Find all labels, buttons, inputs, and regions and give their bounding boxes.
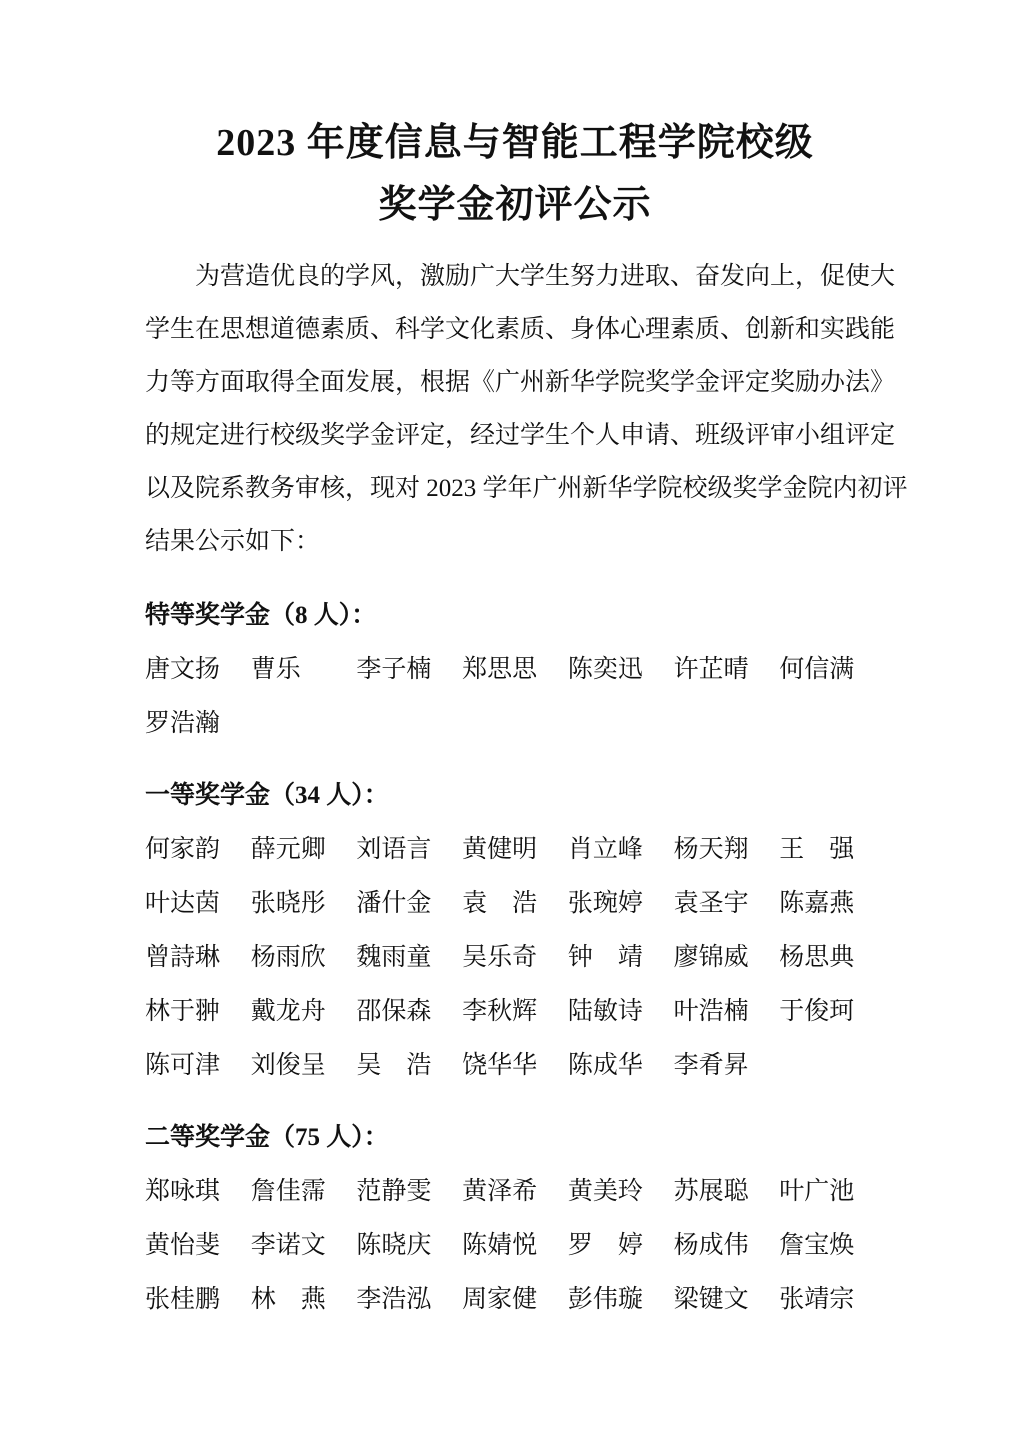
section-label: 一等奖学金 [145, 775, 270, 811]
person-name: 罗浩瀚 [145, 703, 251, 739]
name-grid-first: 何家韵薛元卿刘语言黄健明肖立峰杨天翔王 强叶达茵张晓彤潘什金袁 浩张琬婷袁圣宇陈… [145, 820, 885, 1090]
person-name: 杨雨欣 [251, 937, 357, 973]
person-name: 黄怡斐 [145, 1225, 251, 1261]
person-name: 林 燕 [251, 1279, 357, 1315]
person-name: 詹宝焕 [779, 1225, 885, 1261]
name-row: 张桂鹏林 燕李浩泓周家健彭伟璇梁键文张靖宗 [145, 1270, 885, 1324]
section-header-first: 一等奖学金 （34 人）： [145, 766, 885, 820]
person-name: 陈成华 [568, 1045, 674, 1081]
person-name: 黄泽希 [462, 1171, 568, 1207]
section-special-award: 特等奖学金 （8 人）： 唐文扬曹乐李子楠郑思思陈奕迅许芷晴何信满罗浩瀚 [145, 586, 885, 748]
person-name: 曹乐 [251, 649, 357, 685]
person-name: 刘语言 [356, 829, 462, 865]
person-name: 何信满 [779, 649, 885, 685]
person-name: 叶达茵 [145, 883, 251, 919]
person-name: 许芷晴 [674, 649, 780, 685]
intro-line: 的规定进行校级奖学金评定，经过学生个人申请、班级评审小组评定 [145, 409, 885, 462]
section-header-special: 特等奖学金 （8 人）： [145, 586, 885, 640]
person-name: 李子楠 [356, 649, 462, 685]
person-name: 杨思典 [779, 937, 885, 973]
intro-line: 学生在思想道德素质、科学文化素质、身体心理素质、创新和实践能 [145, 303, 885, 356]
name-grid-second: 郑咏琪詹佳霈范静雯黄泽希黄美玲苏展聪叶广池黄怡斐李诺文陈晓庆陈婧悦罗 婷杨成伟詹… [145, 1162, 885, 1324]
person-name: 廖锦威 [674, 937, 780, 973]
person-name: 陈晓庆 [356, 1225, 462, 1261]
person-name: 罗 婷 [568, 1225, 674, 1261]
person-name: 何家韵 [145, 829, 251, 865]
person-name: 张桂鹏 [145, 1279, 251, 1315]
person-name: 吴 浩 [356, 1045, 462, 1081]
person-name: 陈婧悦 [462, 1225, 568, 1261]
document-title-line-2: 奖学金初评公示 [145, 174, 885, 236]
person-name: 范静雯 [356, 1171, 462, 1207]
name-row: 唐文扬曹乐李子楠郑思思陈奕迅许芷晴何信满 [145, 640, 885, 694]
section-count: （34 人）： [270, 775, 389, 811]
person-name: 张琬婷 [568, 883, 674, 919]
person-name: 潘什金 [356, 883, 462, 919]
person-name: 郑咏琪 [145, 1171, 251, 1207]
person-name: 袁圣宇 [674, 883, 780, 919]
person-name: 张靖宗 [779, 1279, 885, 1315]
name-row: 林于翀戴龙舟邵保森李秋辉陆敏诗叶浩楠于俊珂 [145, 982, 885, 1036]
section-label: 二等奖学金 [145, 1117, 270, 1153]
person-name: 薛元卿 [251, 829, 357, 865]
name-row: 叶达茵张晓彤潘什金袁 浩张琬婷袁圣宇陈嘉燕 [145, 874, 885, 928]
person-name: 唐文扬 [145, 649, 251, 685]
person-name: 肖立峰 [568, 829, 674, 865]
document-page: 2023 年度信息与智能工程学院校级 奖学金初评公示 为营造优良的学风，激励广大… [0, 0, 1024, 1448]
section-header-second: 二等奖学金 （75 人）： [145, 1108, 885, 1162]
person-name: 李诺文 [251, 1225, 357, 1261]
person-name: 陆敏诗 [568, 991, 674, 1027]
person-name: 曾詩琳 [145, 937, 251, 973]
name-row: 黄怡斐李诺文陈晓庆陈婧悦罗 婷杨成伟詹宝焕 [145, 1216, 885, 1270]
section-count: （75 人）： [270, 1117, 389, 1153]
name-row: 郑咏琪詹佳霈范静雯黄泽希黄美玲苏展聪叶广池 [145, 1162, 885, 1216]
person-name: 李秋辉 [462, 991, 568, 1027]
person-name: 叶广池 [779, 1171, 885, 1207]
person-name: 张晓彤 [251, 883, 357, 919]
person-name: 杨天翔 [674, 829, 780, 865]
person-name: 杨成伟 [674, 1225, 780, 1261]
person-name: 梁键文 [674, 1279, 780, 1315]
person-name: 黄健明 [462, 829, 568, 865]
document-title-line-1: 2023 年度信息与智能工程学院校级 [145, 112, 885, 174]
person-name: 陈可津 [145, 1045, 251, 1081]
name-grid-special: 唐文扬曹乐李子楠郑思思陈奕迅许芷晴何信满罗浩瀚 [145, 640, 885, 748]
person-name: 于俊珂 [779, 991, 885, 1027]
section-count: （8 人）： [270, 595, 376, 631]
intro-line: 结果公示如下： [145, 515, 885, 568]
name-row: 陈可津刘俊呈吴 浩饶华华陈成华李肴昇 [145, 1036, 885, 1090]
person-name: 邵保森 [356, 991, 462, 1027]
person-name: 李浩泓 [356, 1279, 462, 1315]
person-name: 吴乐奇 [462, 937, 568, 973]
person-name: 叶浩楠 [674, 991, 780, 1027]
person-name: 苏展聪 [674, 1171, 780, 1207]
person-name: 周家健 [462, 1279, 568, 1315]
person-name: 钟 靖 [568, 937, 674, 973]
document-title: 2023 年度信息与智能工程学院校级 奖学金初评公示 [145, 112, 885, 236]
intro-line: 为营造优良的学风，激励广大学生努力进取、奋发向上，促使大 [145, 250, 885, 303]
person-name: 郑思思 [462, 649, 568, 685]
person-name: 李肴昇 [674, 1045, 780, 1081]
person-name: 刘俊呈 [251, 1045, 357, 1081]
section-first-award: 一等奖学金 （34 人）： 何家韵薛元卿刘语言黄健明肖立峰杨天翔王 强叶达茵张晓… [145, 766, 885, 1090]
name-row: 罗浩瀚 [145, 694, 885, 748]
person-name: 黄美玲 [568, 1171, 674, 1207]
person-name: 彭伟璇 [568, 1279, 674, 1315]
intro-line: 力等方面取得全面发展，根据《广州新华学院奖学金评定奖励办法》 [145, 356, 885, 409]
intro-line: 以及院系教务审核，现对 2023 学年广州新华学院校级奖学金院内初评 [145, 462, 885, 515]
person-name: 陈奕迅 [568, 649, 674, 685]
person-name: 陈嘉燕 [779, 883, 885, 919]
person-name: 林于翀 [145, 991, 251, 1027]
person-name: 王 强 [779, 829, 885, 865]
person-name: 魏雨童 [356, 937, 462, 973]
name-row: 何家韵薛元卿刘语言黄健明肖立峰杨天翔王 强 [145, 820, 885, 874]
person-name: 戴龙舟 [251, 991, 357, 1027]
person-name: 詹佳霈 [251, 1171, 357, 1207]
name-row: 曾詩琳杨雨欣魏雨童吴乐奇钟 靖廖锦威杨思典 [145, 928, 885, 982]
person-name: 袁 浩 [462, 883, 568, 919]
intro-paragraph: 为营造优良的学风，激励广大学生努力进取、奋发向上，促使大 学生在思想道德素质、科… [145, 250, 885, 568]
section-second-award: 二等奖学金 （75 人）： 郑咏琪詹佳霈范静雯黄泽希黄美玲苏展聪叶广池黄怡斐李诺… [145, 1108, 885, 1324]
section-label: 特等奖学金 [145, 595, 270, 631]
person-name: 饶华华 [462, 1045, 568, 1081]
